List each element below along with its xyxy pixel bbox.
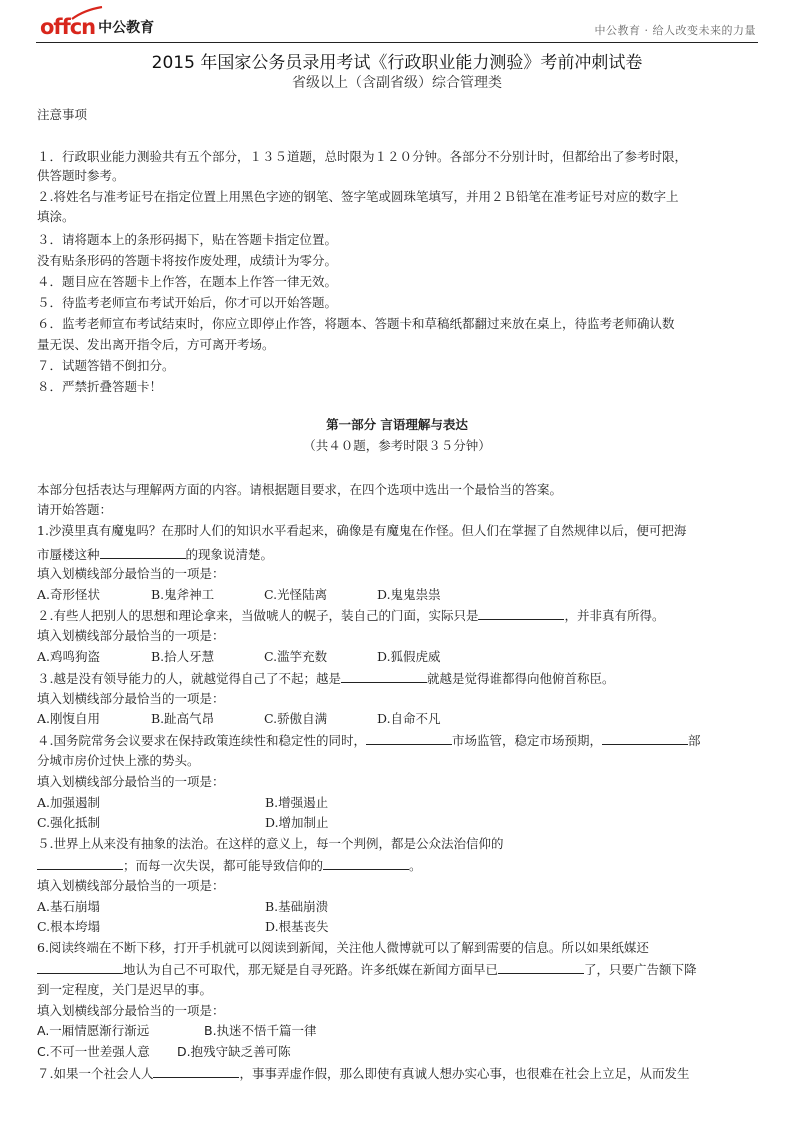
notice-line: 填涂。 <box>37 208 761 226</box>
question-3-options: A.刚愎自用B.趾高气昂C.骄傲自满D.自命不凡 <box>37 710 761 728</box>
question-1-text: 1.沙漠里真有魔鬼吗？在那时人们的知识水平看起来，确像是有魔鬼在作怪。但人们在掌… <box>37 522 761 540</box>
section-meta: （共４０题，参考时限３５分钟） <box>0 437 794 455</box>
option-b[interactable]: B.拾人牙慧 <box>151 648 264 666</box>
notice-line: 没有贴条形码的答题卡将按作废处理，成绩计为零分。 <box>37 252 761 270</box>
option-a[interactable]: A.一厢情愿渐行渐远 <box>37 1022 204 1040</box>
question-6-text: 6.阅读终端在不断下移，打开手机就可以阅读到新闻，关注他人微博就可以了解到需要的… <box>37 939 761 957</box>
question-5-options-row1: A.基石崩塌B.基础崩溃 <box>37 898 761 916</box>
option-c[interactable]: C.骄傲自满 <box>264 710 377 728</box>
question-6-text-cont: 地认为自己不可取代，那无疑是自寻死路。许多纸媒在新闻方面早已了，只要广告额下降 <box>37 960 761 979</box>
question-5-text: ５.世界上从来没有抽象的法治。在这样的意义上，每一个判例，都是公众法治信仰的 <box>37 835 761 853</box>
option-d[interactable]: D.增加制止 <box>265 814 329 832</box>
question-5-options-row2: C.根本垮塌D.根基丧失 <box>37 918 761 936</box>
question-6-options-row2: C.不可一世差强人意D.抱残守缺乏善可陈 <box>37 1043 761 1061</box>
question-2-options: A.鸡鸣狗盗B.拾人牙慧C.滥竽充数D.狐假虎威 <box>37 648 761 666</box>
question-6-options-row1: A.一厢情愿渐行渐远B.执迷不悟千篇一律 <box>37 1022 761 1040</box>
option-c[interactable]: C.不可一世差强人意 <box>37 1043 177 1061</box>
notice-line: ４．题目应在答题卡上作答，在题本上作答一律无效。 <box>37 273 761 291</box>
option-b[interactable]: B.基础崩溃 <box>265 898 328 916</box>
answer-blank <box>366 731 452 745</box>
option-b[interactable]: B.鬼斧神工 <box>151 586 264 604</box>
question-1-text-cont: 市蜃楼这种的现象说清楚。 <box>37 545 761 564</box>
answer-blank <box>323 856 409 870</box>
notice-heading: 注意事项 <box>37 106 761 124</box>
notice-line: 供答题时参考。 <box>37 167 761 185</box>
question-5-prompt: 填入划横线部分最恰当的一项是： <box>37 877 761 895</box>
option-c[interactable]: C.强化抵制 <box>37 814 265 832</box>
answer-blank <box>100 545 186 559</box>
question-6-prompt: 填入划横线部分最恰当的一项是： <box>37 1002 761 1020</box>
logo-chinese-name: 中公教育 <box>98 18 154 38</box>
notice-line: ６．监考老师宣布考试结束时，你应立即停止作答，将题本、答题卡和草稿纸都翻过来放在… <box>37 315 761 333</box>
option-b[interactable]: B.增强遏止 <box>265 794 328 812</box>
document-title: 2015 年国家公务员录用考试《行政职业能力测验》考前冲刺试卷 <box>0 52 794 74</box>
option-b[interactable]: B.执迷不悟千篇一律 <box>204 1022 317 1040</box>
option-d[interactable]: D.抱残守缺乏善可陈 <box>177 1043 291 1061</box>
question-3-text: ３.越是没有领导能力的人，就越觉得自己了不起；越是就越是觉得谁都得向他俯首称臣。 <box>37 669 761 688</box>
offcn-logo: offcn 中公教育 <box>40 12 154 38</box>
answer-blank <box>153 1064 239 1078</box>
notice-line: ８．严禁折叠答题卡！ <box>37 378 761 396</box>
answer-blank <box>602 731 688 745</box>
option-d[interactable]: D.自命不凡 <box>377 710 441 728</box>
answer-blank <box>37 960 123 974</box>
section-title: 第一部分 言语理解与表达 <box>0 416 794 434</box>
option-a[interactable]: A.奇形怪状 <box>37 586 151 604</box>
question-4-text: ４.国务院常务会议要求在保持政策连续性和稳定性的同时，市场监管，稳定市场预期，部 <box>37 731 761 750</box>
option-b[interactable]: B.趾高气昂 <box>151 710 264 728</box>
notice-line: １．行政职业能力测验共有五个部分，１３５道题，总时限为１２０分钟。各部分不分别计… <box>37 148 761 166</box>
answer-blank <box>37 856 123 870</box>
notice-line: 量无误、发出离开指令后，方可离开考场。 <box>37 336 761 354</box>
question-3-prompt: 填入划横线部分最恰当的一项是： <box>37 690 761 708</box>
notice-line: ２.将姓名与准考证号在指定位置上用黑色字迹的钢笔、签字笔或圆珠笔填写，并用２Ｂ铅… <box>37 188 761 206</box>
question-4-prompt: 填入划横线部分最恰当的一项是： <box>37 773 761 791</box>
question-6-text-cont2: 到一定程度，关门是迟早的事。 <box>37 981 761 999</box>
question-4-options-row2: C.强化抵制D.增加制止 <box>37 814 761 832</box>
option-a[interactable]: A.基石崩塌 <box>37 898 265 916</box>
option-d[interactable]: D.鬼鬼祟祟 <box>377 586 441 604</box>
option-d[interactable]: D.狐假虎威 <box>377 648 441 666</box>
option-c[interactable]: C.滥竽充数 <box>264 648 377 666</box>
question-7-text: ７.如果一个社会人人，事事弄虚作假，那么即使有真诚人想办实心事，也很难在社会上立… <box>37 1064 761 1083</box>
option-d[interactable]: D.根基丧失 <box>265 918 329 936</box>
question-1-options: A.奇形怪状B.鬼斧神工C.光怪陆离D.鬼鬼祟祟 <box>37 586 761 604</box>
page-header: offcn 中公教育 中公教育 · 给人改变未来的力量 <box>36 8 758 43</box>
header-slogan: 中公教育 · 给人改变未来的力量 <box>595 22 757 38</box>
question-4-text-cont: 分城市房价过快上涨的势头。 <box>37 752 761 770</box>
answer-blank <box>498 960 584 974</box>
section-intro: 本部分包括表达与理解两方面的内容。请根据题目要求，在四个选项中选出一个最恰当的答… <box>37 481 761 499</box>
question-4-options-row1: A.加强遏制B.增强遏止 <box>37 794 761 812</box>
question-2-text: ２.有些人把别人的思想和理论拿来，当做唬人的幌子，装自己的门面，实际只是，并非真… <box>37 606 761 625</box>
option-c[interactable]: C.光怪陆离 <box>264 586 377 604</box>
notice-line: ３．请将题本上的条形码揭下，贴在答题卡指定位置。 <box>37 231 761 249</box>
option-a[interactable]: A.鸡鸣狗盗 <box>37 648 151 666</box>
option-a[interactable]: A.刚愎自用 <box>37 710 151 728</box>
logo-swoosh-icon <box>70 6 104 20</box>
question-2-prompt: 填入划横线部分最恰当的一项是： <box>37 627 761 645</box>
answer-blank <box>478 606 564 620</box>
option-a[interactable]: A.加强遏制 <box>37 794 265 812</box>
notice-line: ７．试题答错不倒扣分。 <box>37 357 761 375</box>
start-prompt: 请开始答题： <box>37 501 761 519</box>
answer-blank <box>341 669 427 683</box>
document-subtitle: 省级以上（含副省级）综合管理类 <box>0 74 794 92</box>
option-c[interactable]: C.根本垮塌 <box>37 918 265 936</box>
notice-line: ５．待监考老师宣布考试开始后，你才可以开始答题。 <box>37 294 761 312</box>
question-1-prompt: 填入划横线部分最恰当的一项是： <box>37 565 761 583</box>
question-5-text-cont: ；而每一次失误，都可能导致信仰的。 <box>37 856 761 875</box>
